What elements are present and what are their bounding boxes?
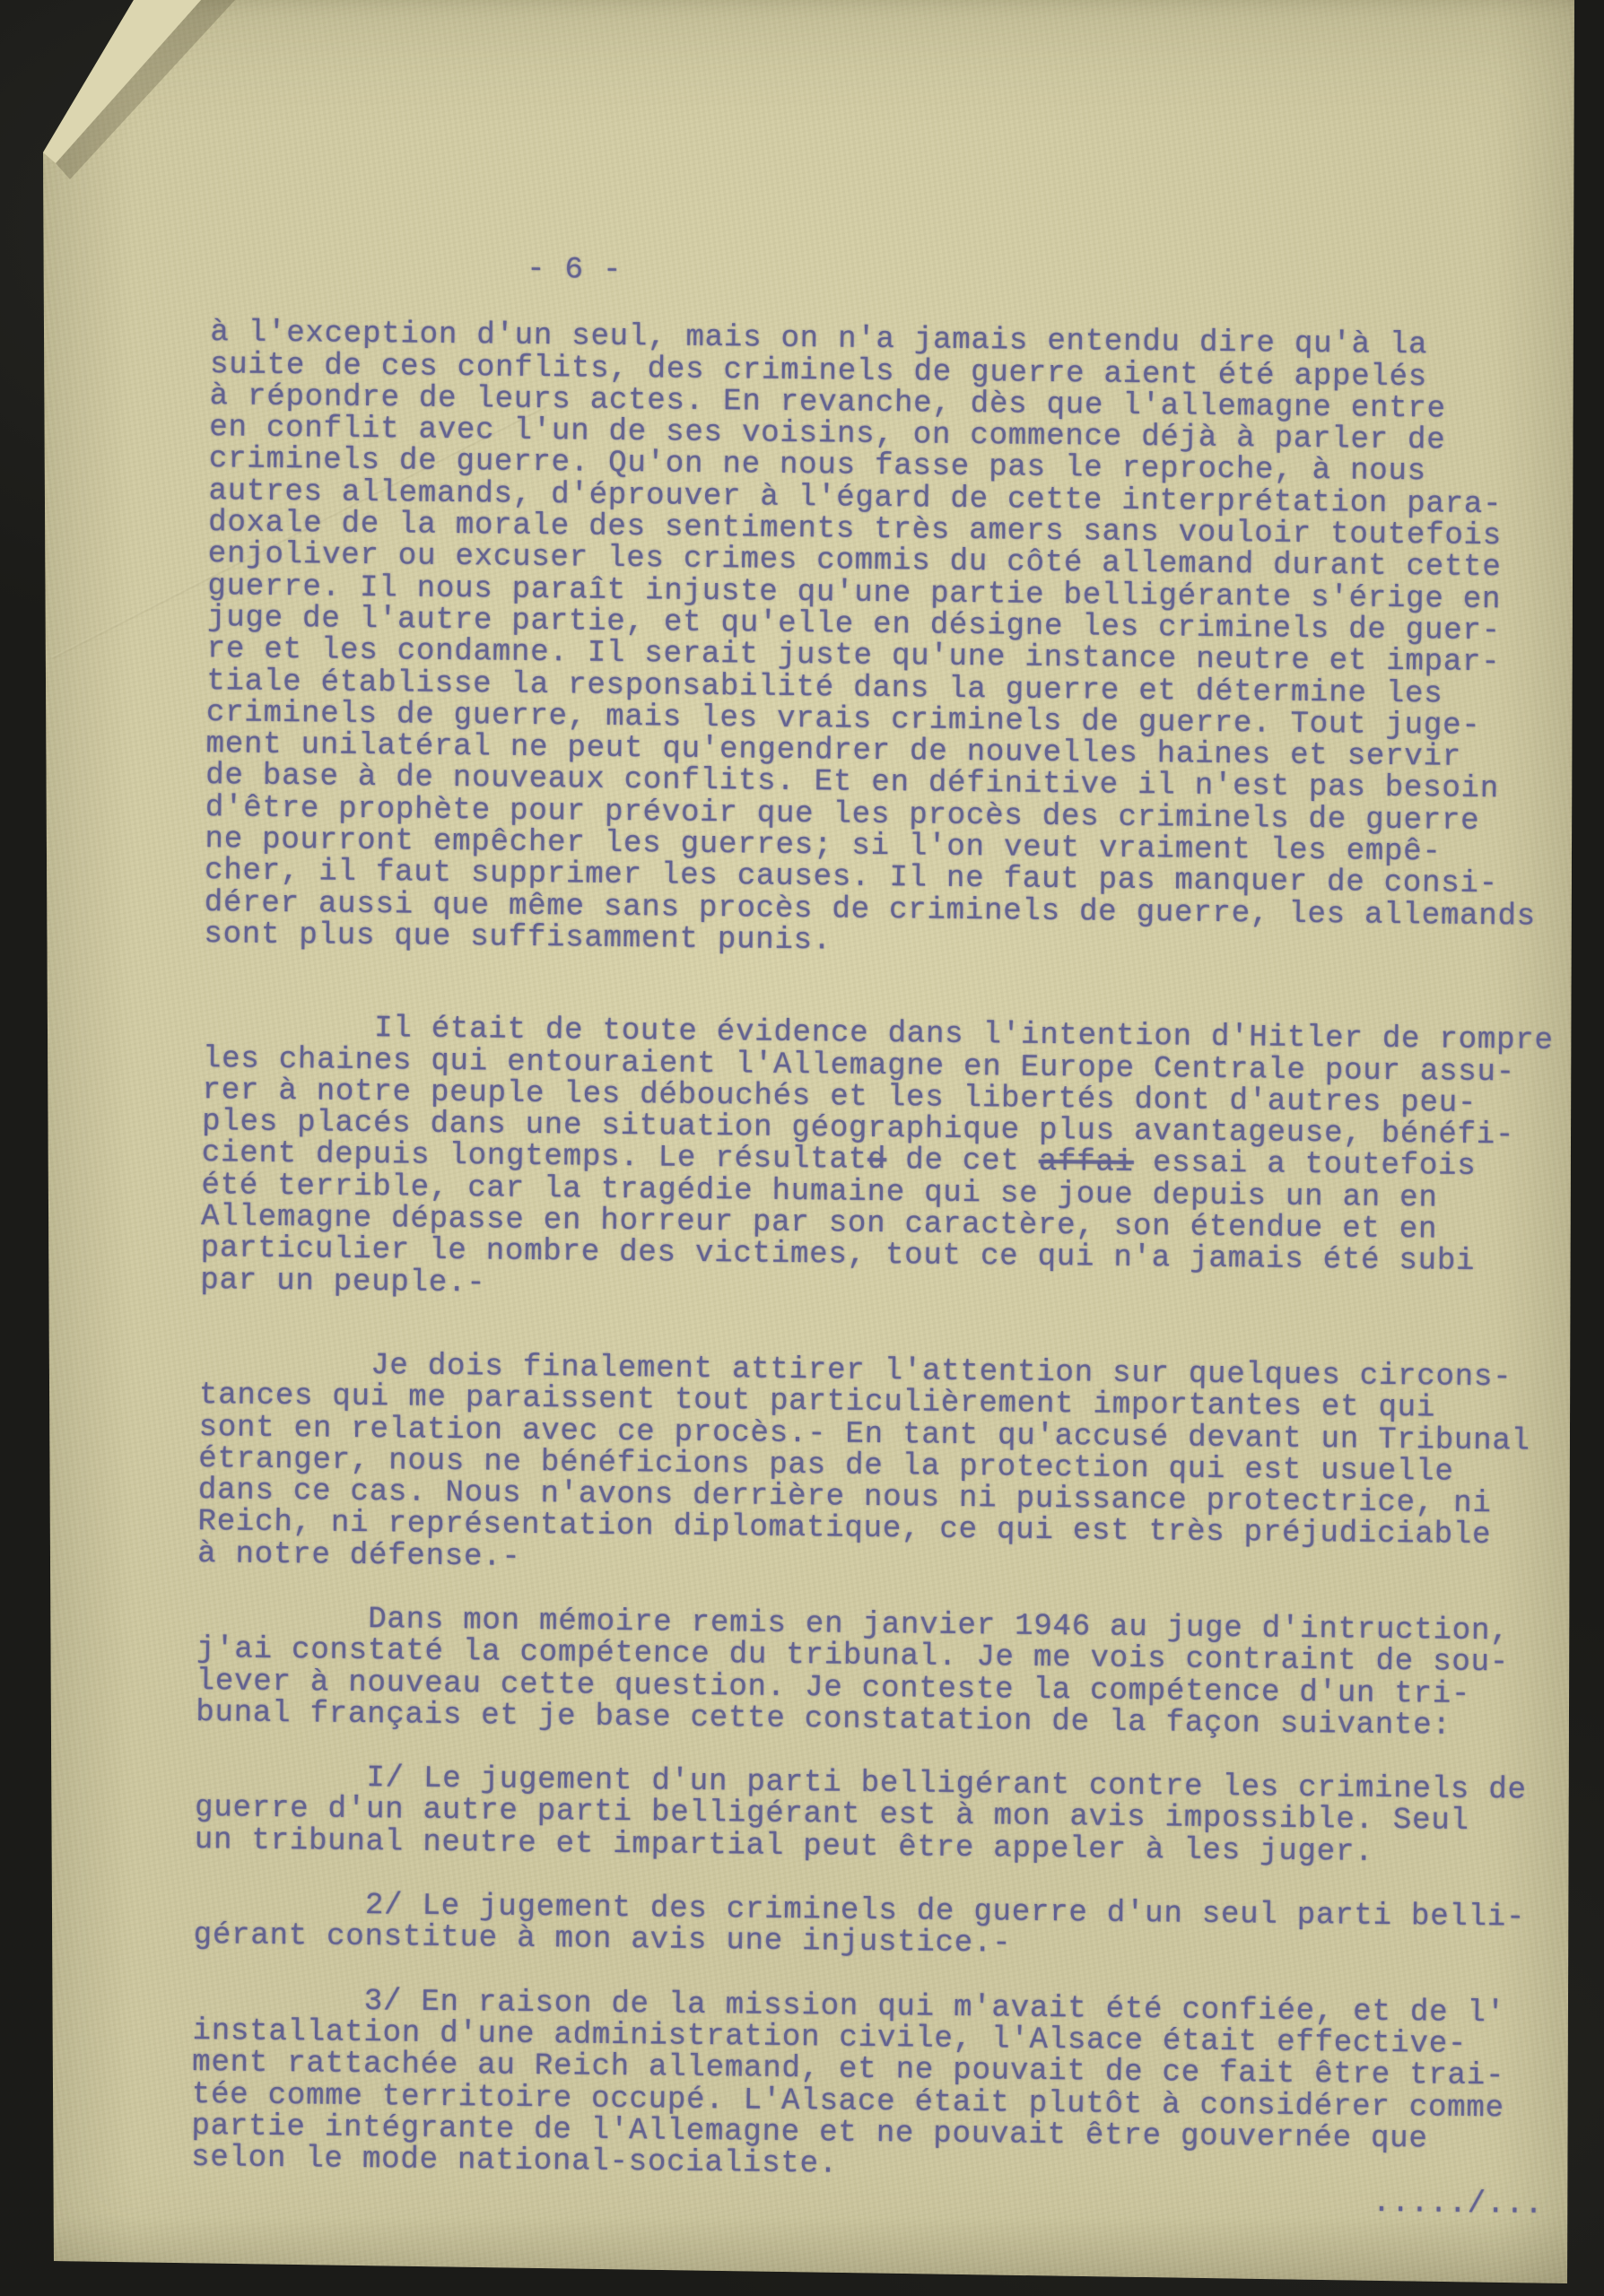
paragraph: Je dois finalement attirer l'attention s… bbox=[197, 1349, 1556, 1585]
paragraph: à l'exception d'un seul, mais on n'a jam… bbox=[204, 317, 1566, 965]
paragraph: 3/ En raison de la mission qui m'avait é… bbox=[191, 1985, 1549, 2189]
typed-text-block: - 6 - à l'exception d'un seul, mais on n… bbox=[190, 251, 1567, 2222]
paragraph: Dans mon mémoire remis en janvier 1946 a… bbox=[196, 1603, 1553, 1744]
paragraph: 2/ Le jugement des criminels de guerre d… bbox=[193, 1889, 1550, 1966]
struck-word: affai bbox=[1039, 1145, 1134, 1180]
scanned-page: - 6 - à l'exception d'un seul, mais on n… bbox=[0, 0, 1604, 2296]
paragraph: I/ Le jugement d'un parti belligérant co… bbox=[195, 1761, 1552, 1871]
struck-word: d bbox=[867, 1144, 887, 1178]
document-body: à l'exception d'un seul, mais on n'a jam… bbox=[191, 317, 1567, 2188]
paragraph: Il était de toute évidence dans l'intent… bbox=[200, 1012, 1559, 1310]
